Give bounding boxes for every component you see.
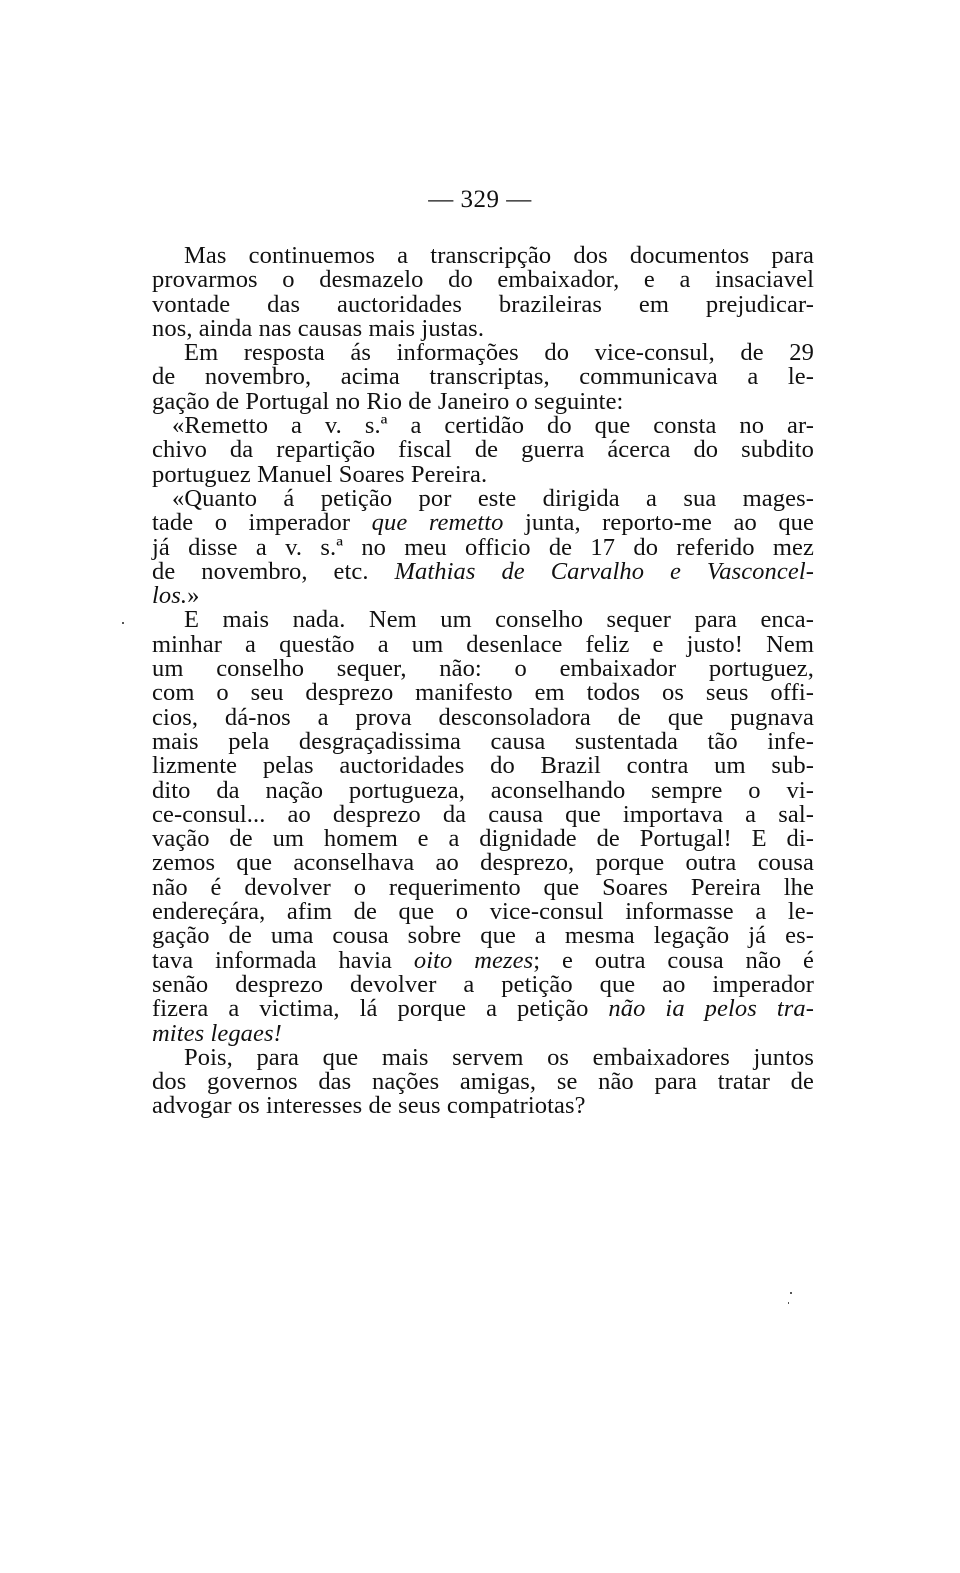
text-line: um conselho sequer, não: o embaixador po… — [152, 657, 814, 681]
text-segment: junta, reporto-me ao que — [503, 509, 814, 536]
text-segment: com o seu desprezo manifesto em todos os… — [152, 679, 814, 706]
text-line: zemos que aconselhava ao desprezo, porqu… — [152, 851, 814, 875]
text-segment: » — [187, 582, 199, 609]
text-segment: E mais nada. Nem um conselho sequer para… — [184, 606, 814, 633]
text-segment: dito da nação portugueza, aconselhando s… — [152, 777, 814, 804]
text-line: ce-consul... ao desprezo da causa que im… — [152, 803, 814, 827]
text-line: fizera a victima, lá porque a petição nã… — [152, 997, 814, 1021]
text-segment: dos governos das nações amigas, se não p… — [152, 1068, 814, 1095]
text-segment: de novembro, acima transcriptas, communi… — [152, 363, 814, 390]
text-segment: portuguez Manuel Soares Pereira. — [152, 461, 487, 488]
text-line: provarmos o desmazelo do embaixador, e a… — [152, 268, 814, 292]
text-segment: «Remetto a v. s.ª a certidão do que cons… — [172, 412, 814, 439]
text-line: chivo da repartição fiscal de guerra áce… — [152, 438, 814, 462]
text-line: de novembro, etc. Mathias de Carvalho e … — [152, 560, 814, 584]
text-line: Pois, para que mais servem os embaixador… — [152, 1046, 814, 1070]
text-segment: senão desprezo devolver a petição que ao… — [152, 971, 814, 998]
text-line: já disse a v. s.ª no meu officio de 17 d… — [152, 536, 814, 560]
text-line: cios, dá-nos a prova desconsoladora de q… — [152, 706, 814, 730]
text-line: dito da nação portugueza, aconselhando s… — [152, 779, 814, 803]
scan-speck — [790, 1292, 792, 1294]
text-line: senão desprezo devolver a petição que ao… — [152, 973, 814, 997]
italic-segment: Mathias de Carvalho e Vasconcel- — [395, 558, 814, 585]
text-line: nos, ainda nas causas mais justas. — [152, 317, 814, 341]
text-segment: gação de Portugal no Rio de Janeiro o se… — [152, 388, 623, 415]
text-line: gação de Portugal no Rio de Janeiro o se… — [152, 390, 814, 414]
text-segment: Em resposta ás informações do vice-consu… — [184, 339, 814, 366]
text-segment: ; e outra cousa não é — [533, 947, 814, 974]
text-segment: já disse a v. s.ª no meu officio de 17 d… — [152, 534, 814, 561]
scanned-book-page: — 329 — Mas continuemos a transcripção d… — [0, 0, 960, 1573]
text-line: Em resposta ás informações do vice-consu… — [152, 341, 814, 365]
text-segment: um conselho sequer, não: o embaixador po… — [152, 655, 814, 682]
text-line: vação de um homem e a dignidade de Portu… — [152, 827, 814, 851]
text-line: los.» — [152, 584, 814, 608]
text-segment: tava informada havia — [152, 947, 414, 974]
text-line: não é devolver o requerimento que Soares… — [152, 876, 814, 900]
text-segment: zemos que aconselhava ao desprezo, porqu… — [152, 849, 814, 876]
text-segment: vontade das auctoridades brazileiras em … — [152, 291, 814, 318]
text-segment: fizera a victima, lá porque a petição — [152, 995, 608, 1022]
text-segment: advogar os interesses de seus compatriot… — [152, 1092, 586, 1119]
text-line: minhar a questão a um desenlace feliz e … — [152, 633, 814, 657]
text-line: portuguez Manuel Soares Pereira. — [152, 463, 814, 487]
page-number: — 329 — — [0, 186, 960, 214]
text-segment: ce-consul... ao desprezo da causa que im… — [152, 801, 814, 828]
text-segment: provarmos o desmazelo do embaixador, e a… — [152, 266, 814, 293]
text-segment: «Quanto á petição por este dirigida a su… — [172, 485, 814, 512]
italic-segment: oito mezes — [414, 947, 533, 974]
text-segment: endereçára, afim de que o vice-consul in… — [152, 898, 814, 925]
text-line: tade o imperador que remetto junta, repo… — [152, 511, 814, 535]
text-segment: cios, dá-nos a prova desconsoladora de q… — [152, 704, 814, 731]
text-segment: Pois, para que mais servem os embaixador… — [184, 1044, 814, 1071]
text-line: «Quanto á petição por este dirigida a su… — [152, 487, 814, 511]
body-text: Mas continuemos a transcripção dos docum… — [152, 244, 814, 1119]
text-line: gação de uma cousa sobre que a mesma leg… — [152, 924, 814, 948]
text-line: «Remetto a v. s.ª a certidão do que cons… — [152, 414, 814, 438]
text-line: endereçára, afim de que o vice-consul in… — [152, 900, 814, 924]
text-line: Mas continuemos a transcripção dos docum… — [152, 244, 814, 268]
italic-segment: mites legaes! — [152, 1020, 282, 1047]
text-segment: gação de uma cousa sobre que a mesma leg… — [152, 922, 814, 949]
text-segment: de novembro, etc. — [152, 558, 395, 585]
text-segment: não é devolver o requerimento que Soares… — [152, 874, 814, 901]
text-segment: chivo da repartição fiscal de guerra áce… — [152, 436, 814, 463]
text-line: mites legaes! — [152, 1022, 814, 1046]
text-segment: tade o imperador — [152, 509, 372, 536]
text-line: lizmente pelas auctoridades do Brazil co… — [152, 754, 814, 778]
scan-speck — [788, 1302, 789, 1304]
text-segment: mais pela desgraçadissima causa sustenta… — [152, 728, 814, 755]
text-line: advogar os interesses de seus compatriot… — [152, 1094, 814, 1118]
scan-speck — [122, 622, 124, 624]
italic-segment: não ia pelos tra- — [608, 995, 814, 1022]
text-segment: Mas continuemos a transcripção dos docum… — [184, 242, 814, 269]
text-line: de novembro, acima transcriptas, communi… — [152, 365, 814, 389]
text-segment: lizmente pelas auctoridades do Brazil co… — [152, 752, 814, 779]
text-line: tava informada havia oito mezes; e outra… — [152, 949, 814, 973]
text-segment: minhar a questão a um desenlace feliz e … — [152, 631, 814, 658]
text-segment: vação de um homem e a dignidade de Portu… — [152, 825, 814, 852]
text-line: vontade das auctoridades brazileiras em … — [152, 293, 814, 317]
italic-segment: que remetto — [372, 509, 504, 536]
italic-segment: los. — [152, 582, 187, 609]
text-line: com o seu desprezo manifesto em todos os… — [152, 681, 814, 705]
text-segment: nos, ainda nas causas mais justas. — [152, 315, 484, 342]
text-line: E mais nada. Nem um conselho sequer para… — [152, 608, 814, 632]
text-line: dos governos das nações amigas, se não p… — [152, 1070, 814, 1094]
text-line: mais pela desgraçadissima causa sustenta… — [152, 730, 814, 754]
